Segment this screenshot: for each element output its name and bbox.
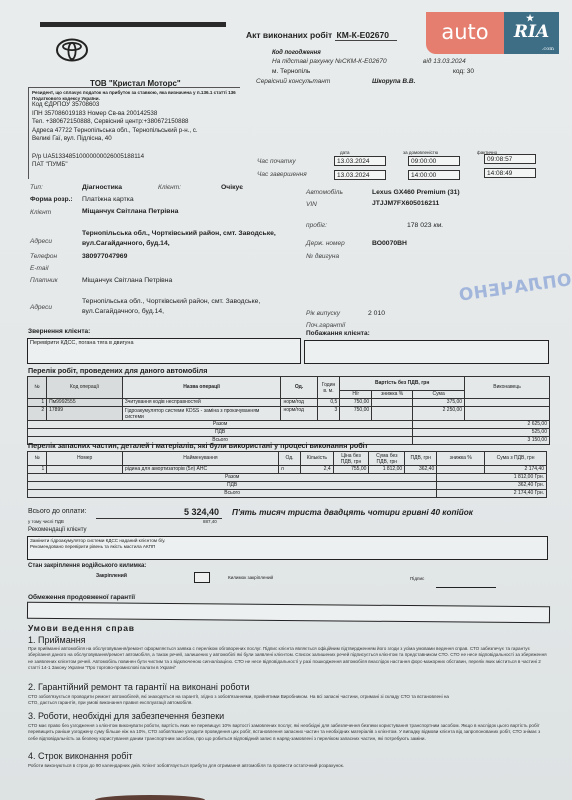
- payer-address-label: Адреси: [30, 304, 52, 311]
- works-subtotal: 2 625,00: [413, 421, 550, 429]
- client-status-label: Клієнт:: [158, 184, 181, 191]
- table-row: 1 Пм9992555 Зчитування кодів несправност…: [28, 399, 550, 407]
- autoria-domain: .com: [542, 46, 554, 52]
- start-planned-field: 09:00:00: [408, 156, 460, 166]
- part-name: рідина для амортизаторів (5л) AHC: [122, 466, 278, 474]
- parts-table: № Номер Найменування Од. Кількість Ціна …: [27, 451, 547, 498]
- parts-total-label: Всього: [28, 490, 437, 498]
- part-unit: л: [278, 466, 300, 474]
- parts-col-name: Найменування: [122, 452, 278, 466]
- email-label: E-mail: [30, 265, 48, 272]
- terms-section-1-heading: 1. Приймання: [28, 635, 86, 645]
- work-executor: [465, 399, 550, 407]
- act-code: код: 30: [453, 68, 474, 75]
- works-subtotal-label: Разом: [28, 421, 413, 429]
- client-address-line1: Тернопільська обл., Чортківський район, …: [82, 230, 276, 237]
- col-date-label: дата: [340, 150, 350, 155]
- background-object: [95, 795, 205, 800]
- works-col-discount: знижка %: [372, 391, 413, 399]
- parts-subtotal: 1 812,00 Грн.: [437, 474, 547, 482]
- company-requisites: Резидент, що сплачує податок на прибуток…: [28, 87, 240, 179]
- parts-col-qty: Кількість: [301, 452, 333, 466]
- parts-col-sum-novat: Сума без ПДВ, грн: [369, 452, 405, 466]
- terms-section-3-text: СТО має право без узгодження з клієнтом …: [28, 723, 548, 749]
- terms-section-4-heading: 4. Строк виконання робіт: [28, 751, 133, 761]
- mat-fixed-checkbox[interactable]: [194, 572, 210, 583]
- parts-total-value: 2 174,40: [514, 490, 533, 496]
- terms-section-2-text: СТО зобов'язується проводити ремонт авто…: [28, 694, 458, 708]
- client-request-box: Перевірити КДСС, погана тяга в двигуна: [27, 338, 301, 364]
- work-unit: норм/год: [281, 399, 317, 407]
- client-status-value: Очікує: [221, 184, 243, 191]
- part-vat: 362,40: [405, 466, 437, 474]
- act-title-label: Акт виконаних робіт: [246, 30, 332, 40]
- works-table: № Код операції Назва операції Од. Годин …: [27, 376, 550, 445]
- star-icon: ★: [526, 14, 534, 24]
- works-col-hours: Годин в. м.: [317, 377, 340, 399]
- mileage-value: 178 023 км.: [407, 222, 443, 229]
- resident-note: Резидент, що сплачує податок на прибуток…: [32, 90, 237, 101]
- works-vat: 525,00: [413, 429, 550, 437]
- consultant-name: Шкорупа В.В.: [372, 78, 415, 85]
- company-address-line1: Адреса 47722 Тернопільська обл., Тернопі…: [32, 127, 237, 136]
- work-name: Зчитування кодів несправностей: [122, 399, 281, 407]
- vin-label: VIN: [306, 201, 317, 208]
- year-value: 2 010: [368, 310, 385, 317]
- client-address-label: Адреси: [30, 238, 52, 245]
- start-time-label: Час початку: [257, 158, 296, 165]
- works-col-code: Код операції: [47, 377, 123, 399]
- part-sum-vat: 2 174,40: [485, 466, 547, 474]
- terms-section-1-text: При прийманні автомобіля на обслуговуван…: [28, 646, 548, 678]
- table-row: 1 рідина для амортизаторів (5л) AHC л 2,…: [28, 466, 547, 474]
- part-qty: 2,4: [301, 466, 333, 474]
- recommendation-line2: Рекомендовано перевірити рівень та якіст…: [30, 544, 545, 550]
- client-wishes-label: Побажання клієнта:: [306, 330, 370, 337]
- work-name: Гідроакумулятор системи KDSS - заміна з …: [122, 407, 281, 421]
- terms-section-4-text: Роботи виконуються в строк до 90 календа…: [28, 763, 548, 769]
- works-col-sum: Сума: [413, 391, 465, 399]
- header-bar: [40, 22, 226, 27]
- invoice-date: від 13.03.2024: [423, 58, 466, 65]
- recommendations-box: Замінити гідроакумулятор системи КДСС на…: [27, 536, 548, 560]
- approval-code-label: Код погодження: [272, 50, 321, 56]
- parts-col-vat: ПДВ, грн: [405, 452, 437, 466]
- works-col-no: №: [28, 377, 47, 399]
- client-name: Міщанчук Світлана Петрівна: [82, 208, 178, 215]
- total-due-words: П'ять тисяч триста двадцять чотири гривн…: [232, 508, 473, 517]
- autoria-brand-right: ★ RIA .com: [504, 12, 559, 54]
- end-time-label: Час завершення: [257, 171, 307, 178]
- act-title: Акт виконаних робіт КМ-К-Е02670: [246, 30, 397, 41]
- client-address-line2: вул.Сагайдачного, буд.14,: [82, 240, 170, 247]
- phone-value: 380977047969: [82, 253, 127, 260]
- edrpou: Код ЄДРПОУ 35708603: [32, 101, 237, 110]
- parts-col-sum-vat: Сума з ПДВ, грн: [485, 452, 547, 466]
- bank-account: Р/р UA513348510000000026005188114: [32, 153, 237, 162]
- payer-label: Платник: [30, 277, 58, 284]
- parts-vat: 362,40 Грн.: [437, 482, 547, 490]
- work-hours: 3: [317, 407, 340, 421]
- payment-form-label: Форма розр.:: [30, 196, 73, 203]
- work-unit: норм/год: [281, 407, 317, 421]
- payment-form-value: Платіжна картка: [82, 196, 134, 203]
- parts-col-unit: Од.: [278, 452, 300, 466]
- bank-name: ПАТ "ПУМБ": [32, 161, 237, 170]
- work-code: 17899: [47, 407, 123, 421]
- works-col-cost-group: Вартість без ПДВ, грн: [340, 377, 465, 391]
- terms-section-2-heading: 2. Гарантійний ремонт та гарантії на вик…: [28, 682, 249, 692]
- consultant-label: Сервісний консультант: [256, 78, 330, 85]
- start-date-field: 13.03.2024: [334, 156, 386, 166]
- terms-section-3-heading: 3. Роботи, необхідні для забезпечення бе…: [28, 711, 224, 721]
- city: м. Тернопіль: [272, 68, 310, 75]
- parts-total: 2 174,40 Грн.: [437, 490, 547, 498]
- parts-title: Перелік запасних частин, деталей і матер…: [28, 441, 368, 450]
- type-value: Діагностика: [82, 184, 122, 191]
- currency: Грн.: [535, 482, 544, 488]
- work-sum: 2 250,00: [413, 407, 465, 421]
- part-no: 1: [28, 466, 47, 474]
- service-act-document: auto ★ RIA .com ТОВ "Кристал Моторс" Рез…: [0, 0, 572, 800]
- work-code: Пм9992555: [47, 399, 123, 407]
- mileage-unit: км.: [433, 222, 443, 229]
- works-col-unit: Од.: [281, 377, 317, 399]
- type-label: Тип:: [30, 184, 43, 191]
- parts-col-discount: знижка %: [437, 452, 485, 466]
- toyota-logo-icon: [55, 38, 89, 62]
- autoria-ria-text: RIA: [514, 22, 549, 42]
- warranty-start-label: Поч.гарантії: [306, 322, 345, 329]
- paid-stamp: ОПЛАЧЕНО: [457, 270, 572, 306]
- company-phones: Тел. +380672150888, Сервісний центр:+380…: [32, 118, 237, 127]
- mileage-label: пробіг:: [306, 222, 327, 229]
- vat-included-amount: 887,40: [203, 519, 217, 524]
- works-vat-label: ПДВ: [28, 429, 413, 437]
- work-no: 1: [28, 399, 47, 407]
- work-executor: [465, 407, 550, 421]
- work-rate: 750,00: [340, 407, 372, 421]
- table-row: 2 17899 Гідроакумулятор системи KDSS - з…: [28, 407, 550, 421]
- company-address-line2: Великі Гаї, вул. Підлісна, 40: [32, 135, 237, 144]
- invoice-basis: На підставі рахунку №СКМ-К-Е02670: [272, 58, 387, 65]
- autoria-brand-left: auto: [426, 12, 504, 54]
- vin-value: JTJJM7FX605016211: [372, 200, 439, 207]
- part-price: 755,00: [333, 466, 369, 474]
- year-label: Рік випуску: [306, 310, 340, 317]
- client-request-label: Звернення клієнта:: [28, 328, 90, 335]
- terms-title: Умови ведення справ: [28, 623, 135, 633]
- payer-address-line1: Тернопільська обл., Чортківський район, …: [82, 298, 260, 305]
- end-actual-field: 14:08:49: [484, 168, 536, 178]
- ipn: ІПН 357086019183 Номер Св-ва 200142538: [32, 110, 237, 119]
- works-total: 3 150,00: [413, 437, 550, 445]
- vat-included-label: у тому числі ПДВ: [28, 519, 64, 524]
- mat-checkbox-label: Килимок закріплений: [228, 575, 273, 580]
- work-sum: 375,00: [413, 399, 465, 407]
- end-date-field: 13.03.2024: [334, 170, 386, 180]
- plate-value: ВО0070ВН: [372, 240, 407, 247]
- car-label: Автомобіль: [306, 189, 343, 196]
- mileage-number: 178 023: [407, 222, 432, 229]
- engine-label: № двигуна: [306, 253, 339, 260]
- parts-vat-value: 362,40: [518, 482, 533, 488]
- signature-line: [436, 586, 496, 588]
- parts-subtotal-label: Разом: [28, 474, 437, 482]
- parts-col-number: Номер: [47, 452, 123, 466]
- works-title: Перелік робіт, проведених для даного авт…: [28, 366, 207, 375]
- warranty-limits-label: Обмеження продовженої гарантії: [28, 594, 135, 601]
- work-discount: [372, 399, 413, 407]
- parts-subtotal-value: 1 812,00: [514, 474, 533, 480]
- parts-col-no: №: [28, 452, 47, 466]
- mat-fixed-label: Закріплений: [96, 573, 127, 579]
- work-rate: 750,00: [340, 399, 372, 407]
- warranty-limits-box: [27, 602, 550, 624]
- parts-vat-label: ПДВ: [28, 482, 437, 490]
- work-hours: 0,5: [317, 399, 340, 407]
- works-col-executor: Виконавець: [465, 377, 550, 399]
- autoria-watermark: auto ★ RIA .com: [426, 12, 559, 54]
- payer-address-line2: вул.Сагайдачного, буд.14,: [82, 308, 164, 315]
- part-number: [47, 466, 123, 474]
- client-wishes-box: [304, 340, 549, 364]
- client-label: Клієнт: [30, 209, 51, 216]
- works-col-name: Назва операції: [122, 377, 281, 399]
- recommendations-label: Рекомендації клієнту: [28, 527, 87, 533]
- total-due-amount: 5 324,40: [184, 507, 219, 517]
- signature-label: Підпис: [410, 576, 424, 581]
- end-planned-field: 14:00:00: [408, 170, 460, 180]
- car-model: Lexus GX460 Premium (31): [372, 189, 460, 196]
- work-no: 2: [28, 407, 47, 421]
- parts-col-price: Ціна без ПДВ, грн: [333, 452, 369, 466]
- phone-label: Телефон: [30, 253, 57, 260]
- work-discount: [372, 407, 413, 421]
- currency: Грн.: [535, 474, 544, 480]
- col-planned-label: за домовленістю: [403, 150, 438, 155]
- total-due-label: Всього до оплати:: [28, 508, 86, 515]
- start-actual-field: 09:08:57: [484, 154, 536, 164]
- payer-name: Міщанчук Світлана Петрівна: [82, 277, 172, 284]
- currency: Грн.: [535, 490, 544, 496]
- works-col-rate: Н/г: [340, 391, 372, 399]
- part-discount: [437, 466, 485, 474]
- plate-label: Держ. номер: [306, 240, 345, 247]
- act-number: КМ-К-Е02670: [335, 30, 397, 41]
- part-sum-novat: 1 812,00: [369, 466, 405, 474]
- mat-label: Стан закріплення водійського килимка:: [28, 563, 146, 569]
